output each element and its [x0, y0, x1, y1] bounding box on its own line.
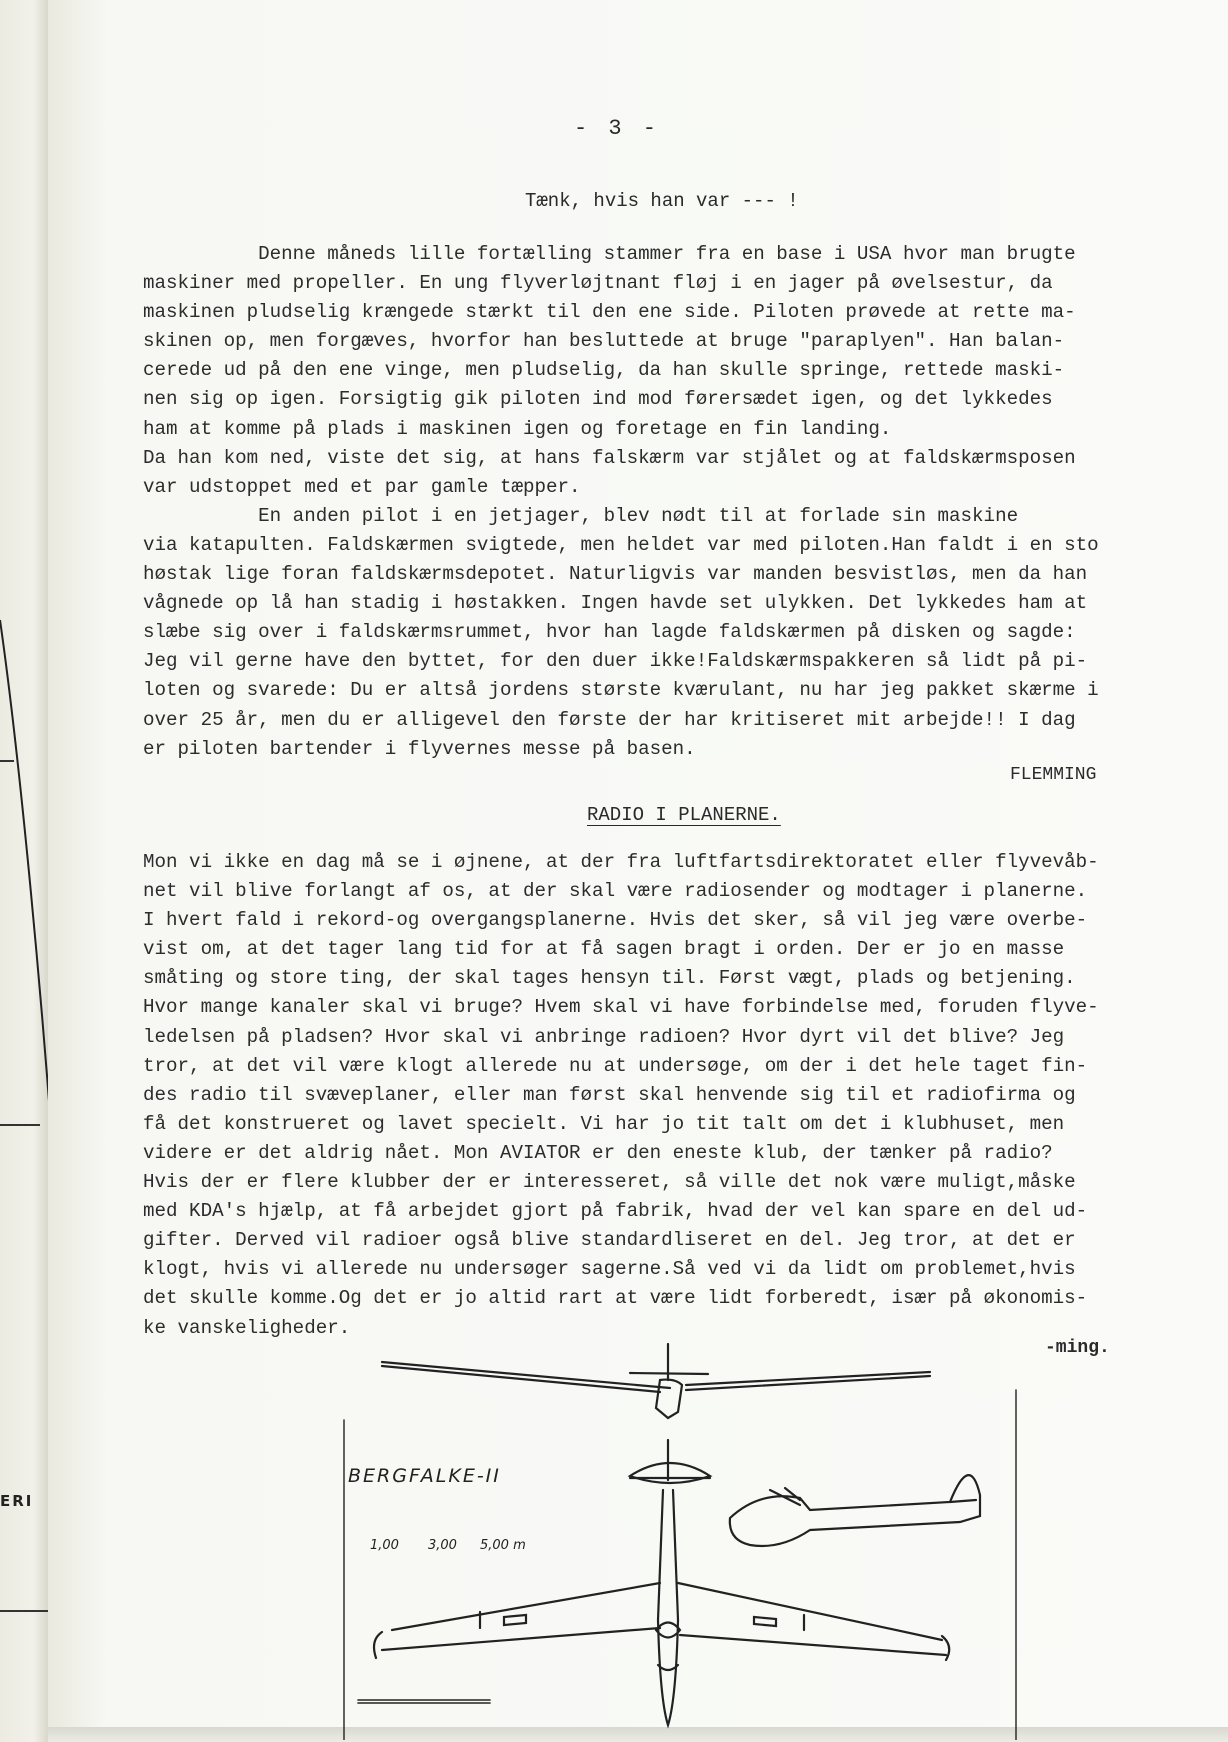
text-line: tror, at det vil være klogt allerede nu …	[143, 1052, 1223, 1081]
text-line: via katapulten. Faldskærmen svigtede, me…	[143, 531, 1223, 560]
article-title: Tænk, hvis han var --- !	[525, 190, 799, 212]
text-line: des radio til svæveplaner, eller man før…	[143, 1081, 1223, 1110]
text-line: nen sig op igen. Forsigtig gik piloten i…	[143, 385, 1223, 414]
page-number: - 3 -	[574, 116, 660, 141]
text-line: det skulle komme.Og det er jo altid rart…	[143, 1284, 1223, 1313]
text-line: En anden pilot i en jetjager, blev nødt …	[143, 502, 1223, 531]
scale-label: 5,00 m	[480, 1538, 526, 1553]
text-line: Jeg vil gerne have den byttet, for den d…	[143, 647, 1223, 676]
text-line: slæbe sig over i faldskærmsrummet, hvor …	[143, 618, 1223, 647]
text-line: maskinen pludselig krængede stærkt til d…	[143, 298, 1223, 327]
text-line: med KDA's hjælp, at få arbejdet gjort på…	[143, 1197, 1223, 1226]
text-line: videre er det aldrig nået. Mon AVIATOR e…	[143, 1139, 1223, 1168]
text-line: få det konstrueret og lavet specielt. Vi…	[143, 1110, 1223, 1139]
figure-label: BERGFALKE-II	[348, 1465, 501, 1487]
text-line: cerede ud på den ene vinge, men pludseli…	[143, 356, 1223, 385]
glider-figure: BERGFALKE-II 1,00 3,00 5,00 m	[330, 1340, 1030, 1740]
text-line: Mon vi ikke en dag må se i øjnene, at de…	[143, 848, 1223, 877]
article-body: Denne måneds lille fortælling stammer fr…	[143, 240, 1223, 764]
strip-rule	[0, 760, 14, 762]
text-line: er piloten bartender i flyvernes messe p…	[143, 735, 1223, 764]
text-line: vist om, at det tager lang tid for at få…	[143, 935, 1223, 964]
text-line: maskiner med propeller. En ung flyverløj…	[143, 269, 1223, 298]
text-line: loten og svarede: Du er altså jordens st…	[143, 676, 1223, 705]
text-line: I hvert fald i rekord-og overgangsplaner…	[143, 906, 1223, 935]
article-signature: FLEMMING	[1010, 765, 1096, 785]
text-line: høstak lige foran faldskærmsdepotet. Nat…	[143, 560, 1223, 589]
article-signature: -ming.	[1045, 1338, 1110, 1358]
scale-label: 1,00	[370, 1538, 399, 1553]
text-line: gifter. Derved vil radioer også blive st…	[143, 1226, 1223, 1255]
text-line: Da han kom ned, viste det sig, at hans f…	[143, 444, 1223, 473]
strip-rule	[0, 1124, 40, 1126]
text-line: net vil blive forlangt af os, at der ska…	[143, 877, 1223, 906]
text-line: over 25 år, men du er alligevel den førs…	[143, 706, 1223, 735]
previous-page-label: ERI	[0, 1492, 33, 1510]
text-line: småting og store ting, der skal tages he…	[143, 964, 1223, 993]
text-line: klogt, hvis vi allerede nu undersøger sa…	[143, 1255, 1223, 1284]
text-line: vågnede op lå han stadig i høstakken. In…	[143, 589, 1223, 618]
text-line: Hvis der er flere klubber der er interes…	[143, 1168, 1223, 1197]
text-line: ham at komme på plads i maskinen igen og…	[143, 415, 1223, 444]
text-line: var udstoppet med et par gamle tæpper.	[143, 473, 1223, 502]
text-line: Denne måneds lille fortælling stammer fr…	[143, 240, 1223, 269]
previous-page-edge: ERI	[0, 0, 48, 1742]
text-line: ledelsen på pladsen? Hvor skal vi anbrin…	[143, 1023, 1223, 1052]
section-heading: RADIO I PLANERNE.	[587, 804, 781, 826]
article-body: Mon vi ikke en dag må se i øjnene, at de…	[143, 848, 1223, 1343]
scale-label: 3,00	[428, 1538, 457, 1553]
text-line: Hvor mange kanaler skal vi bruge? Hvem s…	[143, 993, 1223, 1022]
text-line: skinen op, men forgæves, hvorfor han bes…	[143, 327, 1223, 356]
